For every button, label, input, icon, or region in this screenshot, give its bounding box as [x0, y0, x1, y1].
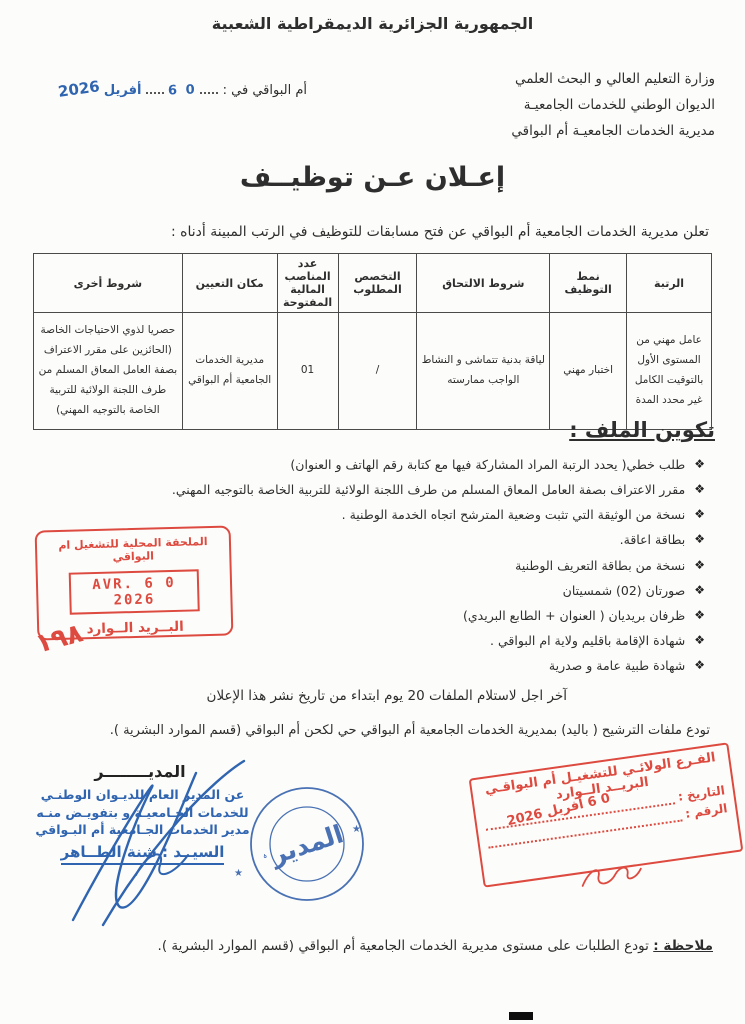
date-line: أم البواقي في : 0 6 أفريل 2026	[58, 80, 307, 98]
dotted-line	[200, 82, 218, 94]
diamond-bullet-icon: ❖	[694, 532, 705, 547]
round-director-stamp: وزارة التعليم العالي و البحث العلمي مدير…	[226, 760, 388, 928]
diamond-bullet-icon: ❖	[694, 583, 705, 598]
cell-other-conditions: حصريا لذوي الاحتياجات الخاصة (الحائزين ع…	[34, 313, 183, 430]
stamp-star-icon: ★	[352, 824, 361, 835]
svg-text:مديرية الخدمات الجامعية أم الب: مديرية الخدمات الجامعية أم البواقي	[226, 760, 271, 859]
list-item: ❖شهادة طبية عامة و صدرية	[165, 658, 705, 674]
col-header-entry-conditions: شروط الالتحاق	[417, 254, 550, 313]
list-item: ❖شهادة الإقامة باقليم ولاية ام البواقي .	[165, 633, 705, 649]
list-item-text: بطاقة اعاقة.	[620, 532, 686, 548]
diamond-bullet-icon: ❖	[694, 633, 705, 648]
file-section-heading: تكوين الملف :	[569, 418, 715, 442]
dotted-line	[146, 82, 164, 94]
deadline-text: آخر اجل لاستلام الملفات 20 يوم ابتداء من…	[207, 688, 567, 704]
delegation-line-1: عن المدير العام للديـوان الوطنـي	[30, 786, 255, 804]
delegation-line-3: مدير الخدمات الجـامعية أم البـواقي	[30, 821, 255, 839]
cell-positions-count: 01	[277, 313, 338, 430]
list-item-text: طلب خطي( يحدد الرتبة المراد المشاركة فيه…	[290, 457, 685, 473]
col-header-rank: الرتبة	[627, 254, 712, 313]
stamped-day: 0 6	[167, 83, 196, 99]
cell-entry-conditions: لياقة بدنية تتماشى و النشاط الواجب ممارس…	[417, 313, 550, 430]
col-header-recruitment-mode: نمط التوظيف	[550, 254, 627, 313]
note-text: تودع الطلبات على مستوى مديرية الخدمات ال…	[158, 938, 649, 954]
list-item: ❖نسخة من بطاقة التعريف الوطنية	[165, 558, 705, 574]
list-item: ❖مقرر الاعتراف بصفة العامل المعاق المسلم…	[165, 482, 705, 498]
intro-text: تعلن مديرية الخدمات الجامعية أم البواقي …	[171, 224, 709, 240]
cell-specialty: /	[338, 313, 417, 430]
list-item-text: شهادة طبية عامة و صدرية	[549, 658, 685, 674]
stamp-bottom-arc-text: مديرية الخدمات الجامعية أم البواقي	[226, 760, 271, 859]
table-row: عامل مهني من المستوى الأول بالتوقيت الكا…	[34, 313, 712, 430]
col-header-specialty: التخصص المطلوب	[338, 254, 417, 313]
list-item-text: نسخة من الوثيقة التي تثبت وضعية المترشح …	[342, 507, 686, 523]
stamp-office-name: الملحقة المحلية للتشغيل ام البواقي	[37, 535, 230, 566]
scan-artifact-mark	[509, 1012, 533, 1020]
handwritten-number-scribble	[574, 857, 649, 895]
list-item-text: ظرفان بريديان ( العنوان + الطابع البريدي…	[463, 608, 685, 624]
note-line: ملاحظة : تودع الطلبات على مستوى مديرية ا…	[158, 938, 713, 954]
list-item: ❖ظرفان بريديان ( العنوان + الطابع البريد…	[165, 608, 705, 624]
republic-header: الجمهورية الجزائرية الديمقراطية الشعبية	[0, 14, 745, 33]
note-label: ملاحظة :	[653, 938, 713, 954]
page-title: إعـلان عـن توظيــف	[0, 162, 745, 193]
list-item: ❖نسخة من الوثيقة التي تثبت وضعية المترشح…	[165, 507, 705, 523]
list-item: ❖طلب خطي( يحدد الرتبة المراد المشاركة في…	[165, 457, 705, 473]
diamond-bullet-icon: ❖	[694, 608, 705, 623]
stamp-number-label: الرقم :	[684, 801, 728, 821]
stamp-star-icon: ★	[234, 868, 243, 879]
stamp-date-label: التاريخ :	[677, 783, 726, 803]
svg-text:وزارة التعليم العالي و البحث ا: وزارة التعليم العالي و البحث العلمي	[226, 760, 231, 763]
director-name: السيــد : شنة الطــاهر	[61, 844, 225, 866]
list-item: ❖بطاقة اعاقة.	[165, 532, 705, 548]
employment-annex-stamp: الملحقة المحلية للتشغيل ام البواقي 0 6 A…	[35, 525, 234, 640]
ministry-line-3: مديرية الخدمات الجامعيـة أم البواقي	[511, 118, 715, 144]
date-prefix: أم البواقي في :	[223, 83, 307, 98]
ministry-block: وزارة التعليم العالي و البحث العلمي الدي…	[511, 66, 715, 144]
stamped-month: أفريل	[104, 83, 142, 98]
ministry-line-1: وزارة التعليم العالي و البحث العلمي	[511, 66, 715, 92]
list-item: ❖صورتان (02) شمسيتان	[165, 583, 705, 599]
stamp-date-box: 0 6 AVR. 2026	[69, 569, 200, 614]
cell-recruitment-mode: اختبار مهني	[550, 313, 627, 430]
diamond-bullet-icon: ❖	[694, 482, 705, 497]
delegation-stamp-text: عن المدير العام للديـوان الوطنـي للخدمات…	[30, 786, 255, 865]
diamond-bullet-icon: ❖	[694, 658, 705, 673]
jobs-table: الرتبة نمط التوظيف شروط الالتحاق التخصص …	[33, 253, 712, 430]
col-header-positions-count: عدد المناصب المالية المفتوحة	[277, 254, 338, 313]
list-item-text: مقرر الاعتراف بصفة العامل المعاق المسلم …	[172, 482, 685, 498]
wilaya-employment-branch-stamp: الفـرع الولائـي للتشغيـل أم البواقـي الب…	[469, 742, 744, 887]
col-header-assignment-place: مكان التعيين	[182, 254, 277, 313]
stamp-top-arc-text: وزارة التعليم العالي و البحث العلمي	[226, 760, 231, 763]
delegation-line-2: للخدمات الجـامعيـة و بتفويـض منـه	[30, 804, 255, 822]
ministry-line-2: الديوان الوطني للخدمات الجامعيـة	[511, 92, 715, 118]
col-header-other-conditions: شروط أخرى	[34, 254, 183, 313]
cell-assignment-place: مديرية الخدمات الجامعية أم البواقي	[182, 313, 277, 430]
list-item-text: صورتان (02) شمسيتان	[563, 583, 686, 599]
diamond-bullet-icon: ❖	[694, 507, 705, 522]
cell-rank: عامل مهني من المستوى الأول بالتوقيت الكا…	[627, 313, 712, 430]
stamped-year: 2026	[57, 77, 101, 101]
diamond-bullet-icon: ❖	[694, 457, 705, 472]
director-title: المديــــــــر	[40, 762, 240, 781]
scanned-job-announcement-document: الجمهورية الجزائرية الديمقراطية الشعبية …	[0, 0, 745, 1024]
list-item-text: نسخة من بطاقة التعريف الوطنية	[515, 558, 685, 574]
table-header-row: الرتبة نمط التوظيف شروط الالتحاق التخصص …	[34, 254, 712, 313]
list-item-text: شهادة الإقامة باقليم ولاية ام البواقي .	[490, 633, 685, 649]
diamond-bullet-icon: ❖	[694, 558, 705, 573]
stamp-center-text: المدير	[266, 819, 348, 871]
file-requirements-list: ❖طلب خطي( يحدد الرتبة المراد المشاركة في…	[165, 457, 705, 683]
submission-text: تودع ملفات الترشيح ( باليد) بمديرية الخد…	[110, 723, 710, 738]
